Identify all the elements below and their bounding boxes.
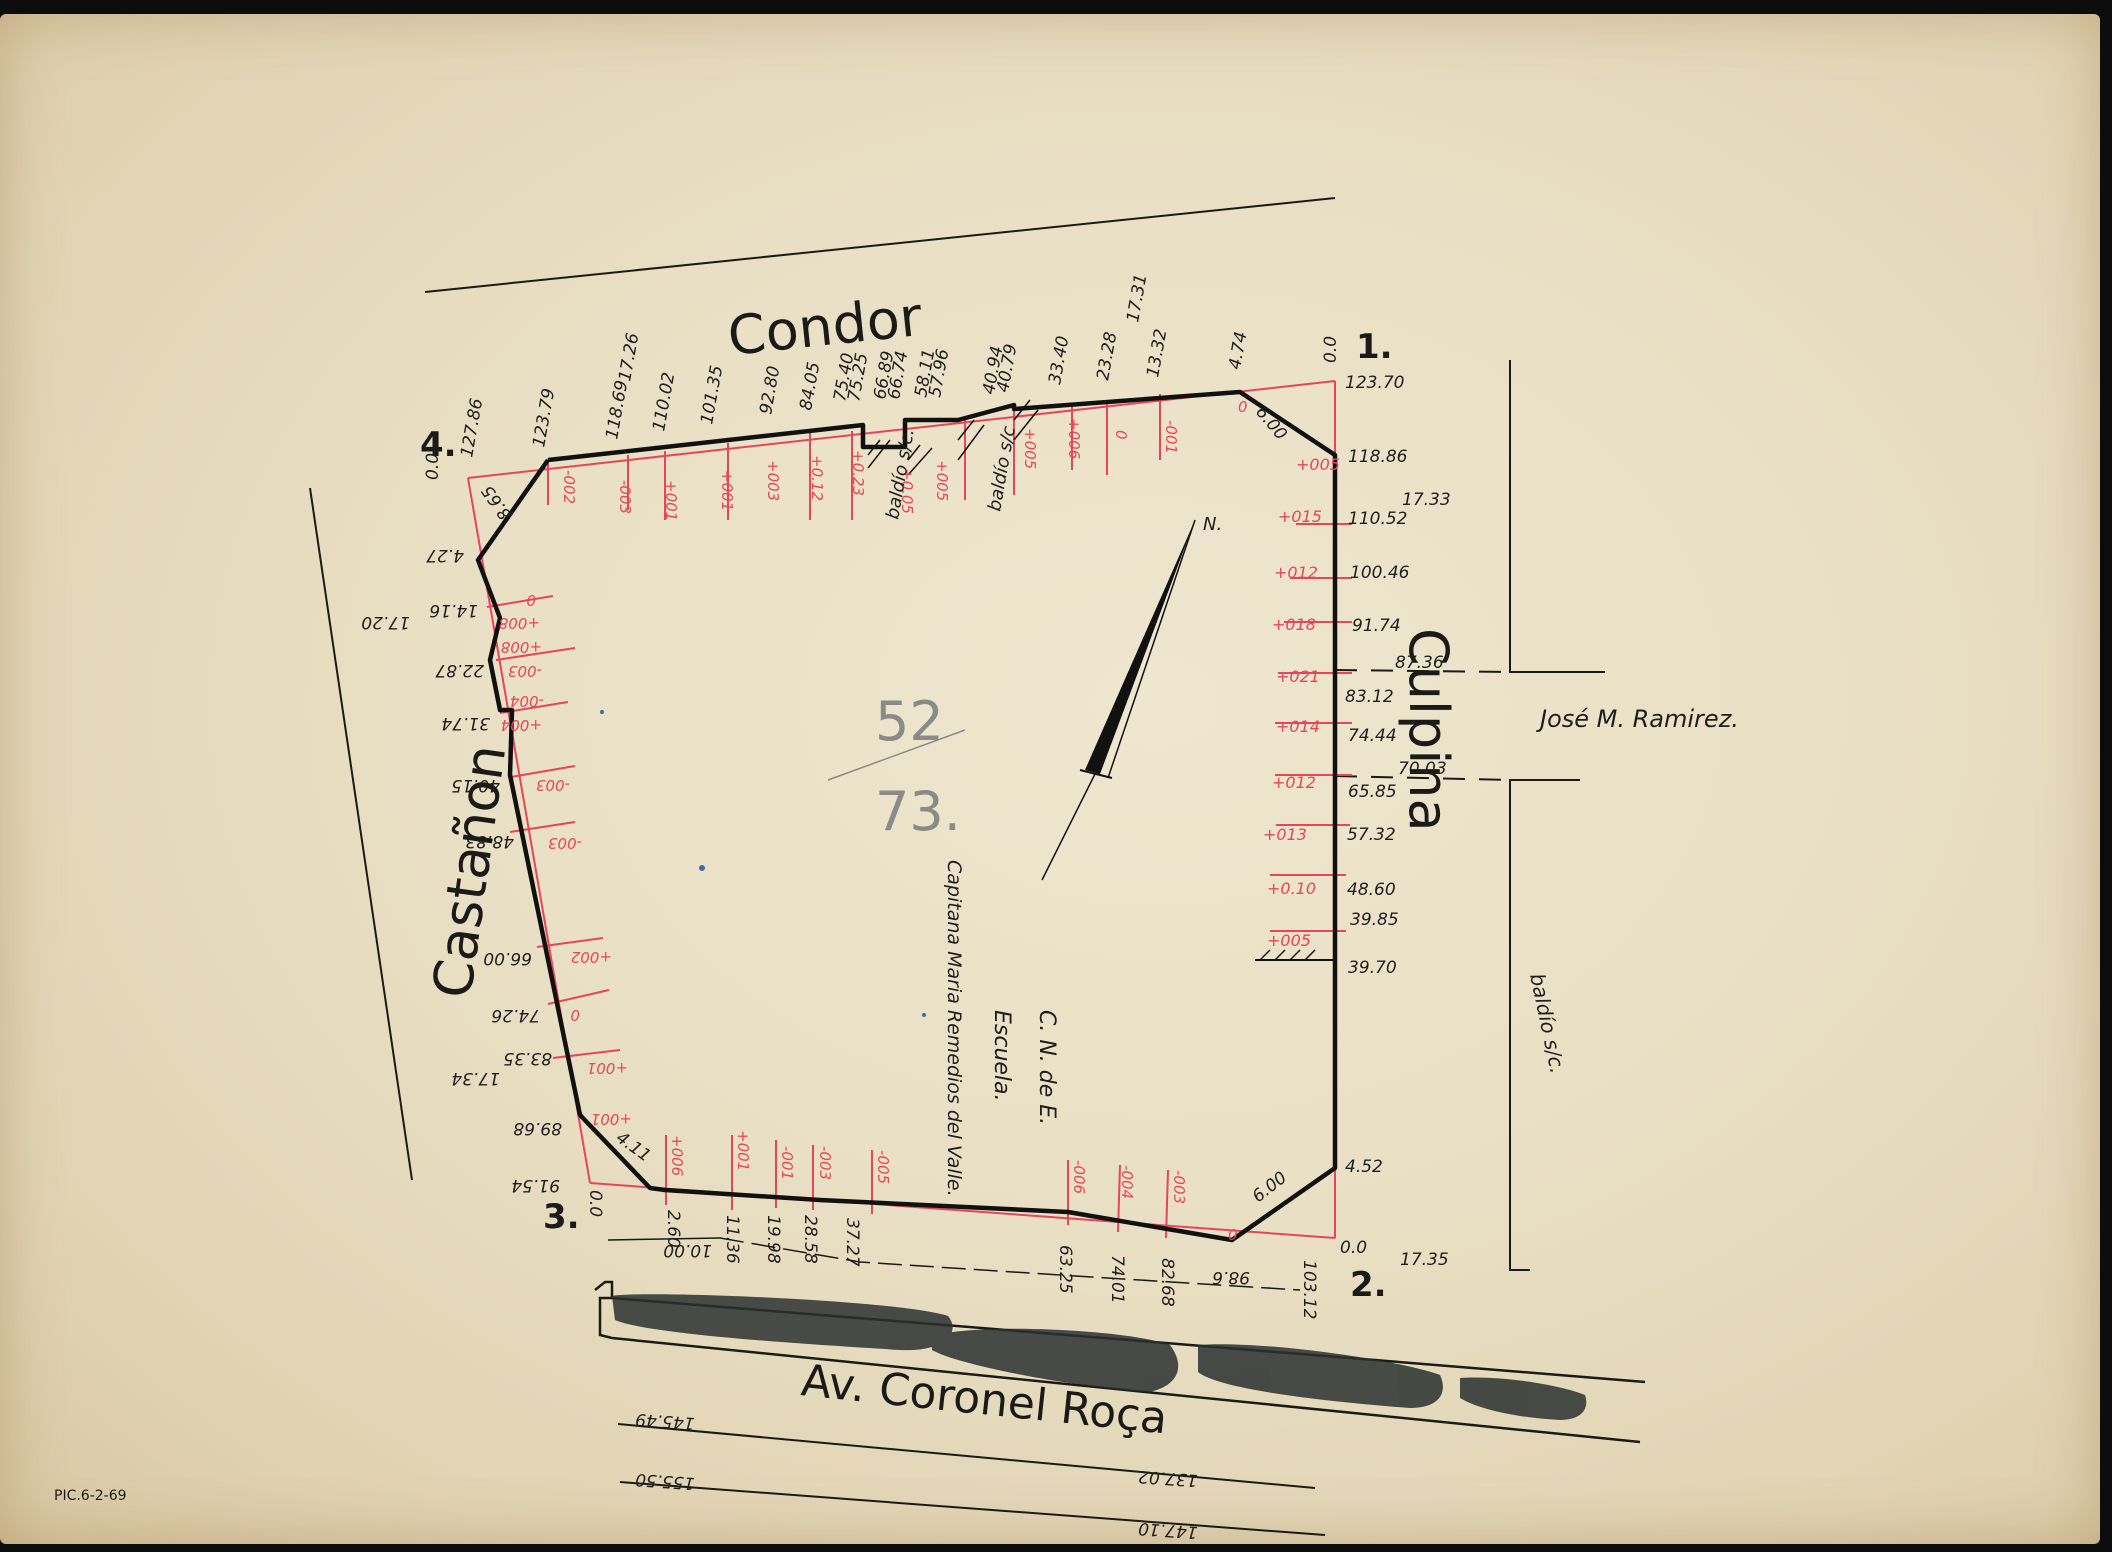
svg-text:103.12: 103.12	[1299, 1260, 1319, 1319]
svg-text:+004: +004	[501, 716, 542, 734]
east-vacant-label: baldío s/c.	[1525, 971, 1570, 1076]
svg-text:39.85: 39.85	[1350, 910, 1399, 930]
svg-text:+0.10: +0.10	[1267, 879, 1316, 898]
svg-text:118.86: 118.86	[1348, 447, 1408, 467]
svg-text:123.79: 123.79	[529, 387, 559, 449]
svg-text:+002: +002	[571, 948, 612, 966]
survey-plan: N. Condor Castañon Culpina Av. Coronel R…	[0, 0, 2112, 1552]
svg-text:-005: -005	[874, 1150, 892, 1184]
svg-text:145.49: 145.49	[635, 1409, 696, 1433]
svg-text:+006: +006	[1065, 418, 1083, 459]
svg-text:87.36: 87.36	[1395, 653, 1444, 673]
svg-text:-003: -003	[1170, 1170, 1188, 1204]
svg-text:+013: +013	[1263, 825, 1307, 844]
ramirez-lot-upper	[1510, 360, 1605, 672]
svg-text:92.80: 92.80	[756, 364, 784, 415]
avenue-measure-line-2	[620, 1482, 1325, 1535]
svg-text:-003: -003	[508, 662, 542, 680]
svg-text:110.02: 110.02	[649, 371, 679, 433]
svg-text:118.69: 118.69	[602, 379, 632, 441]
condor-street-line	[425, 198, 1335, 292]
svg-text:0.0: 0.0	[585, 1190, 605, 1217]
lot-label-school-name: Capitana Maria Remedios del Valle.	[943, 860, 965, 1197]
svg-text:-001: -001	[778, 1146, 796, 1180]
avenue-measure-line-1	[618, 1424, 1315, 1488]
svg-text:4.52: 4.52	[1345, 1157, 1383, 1177]
svg-text:17.34: 17.34	[451, 1068, 500, 1088]
svg-text:14.16: 14.16	[429, 600, 478, 620]
svg-text:110.52: 110.52	[1348, 509, 1407, 529]
west-chamfer-bottom: 4.11	[612, 1128, 654, 1166]
north-arrow-icon	[1042, 520, 1195, 880]
svg-text:57.32: 57.32	[1347, 825, 1396, 845]
svg-text:48.60: 48.60	[1347, 880, 1396, 900]
svg-text:19.98: 19.98	[763, 1215, 783, 1264]
svg-text:22.87: 22.87	[435, 660, 484, 680]
svg-text:17.33: 17.33	[1402, 490, 1451, 510]
west-chamfer-top: 8.65	[478, 481, 516, 523]
svg-text:100.46: 100.46	[1350, 563, 1410, 583]
svg-text:-003: -003	[616, 480, 634, 514]
svg-text:17.26: 17.26	[615, 331, 643, 383]
svg-text:147.10: 147.10	[1138, 1518, 1199, 1542]
svg-text:+006: +006	[668, 1135, 686, 1176]
svg-text:33.40: 33.40	[1045, 334, 1073, 385]
svg-text:63.25: 63.25	[1055, 1245, 1075, 1294]
svg-text:+012: +012	[1272, 773, 1316, 792]
svg-text:10.00: 10.00	[663, 1240, 712, 1260]
svg-text:74.44: 74.44	[1348, 726, 1397, 746]
north-arrow-label: N.	[1203, 514, 1222, 535]
svg-text:+003: +003	[764, 460, 782, 501]
svg-text:+012: +012	[1274, 563, 1318, 582]
svg-text:+005: +005	[1021, 428, 1039, 469]
svg-text:0: 0	[1238, 398, 1248, 416]
svg-text:127.86: 127.86	[457, 397, 487, 459]
svg-text:-003: -003	[548, 834, 582, 852]
svg-text:0.0: 0.0	[1340, 1238, 1367, 1258]
svg-text:98.6: 98.6	[1212, 1267, 1250, 1287]
svg-text:17.35: 17.35	[1400, 1250, 1449, 1270]
svg-text:4.27: 4.27	[426, 545, 464, 565]
svg-text:+005: +005	[933, 460, 951, 501]
svg-text:0: 0	[526, 591, 536, 609]
svg-text:155.50: 155.50	[635, 1469, 696, 1493]
svg-text:+014: +014	[1276, 717, 1320, 736]
svg-text:84.05: 84.05	[796, 360, 824, 411]
svg-text:-003: -003	[816, 1146, 834, 1180]
svg-text:70.03: 70.03	[1398, 759, 1447, 779]
svg-text:+001: +001	[718, 470, 736, 511]
svg-text:-001: -001	[1162, 420, 1180, 454]
svg-text:+008: +008	[501, 638, 542, 656]
svg-text:+005: +005	[1296, 455, 1340, 474]
svg-text:+018: +018	[1272, 615, 1316, 634]
svg-text:-003: -003	[536, 776, 570, 794]
svg-text:0.0: 0.0	[423, 453, 443, 480]
pencil-numerator: 52	[875, 690, 944, 753]
svg-text:+0.23: +0.23	[849, 450, 867, 496]
svg-text:48.83: 48.83	[465, 831, 514, 851]
svg-text:28.58: 28.58	[800, 1215, 820, 1264]
neighbor-owner: José M. Ramirez.	[1536, 705, 1739, 733]
svg-text:37.27: 37.27	[842, 1218, 862, 1267]
corner-1: 1.	[1356, 327, 1393, 367]
svg-text:-002: -002	[560, 470, 578, 504]
svg-text:+001: +001	[587, 1059, 628, 1077]
svg-text:123.70: 123.70	[1345, 373, 1404, 393]
svg-text:17.31: 17.31	[1123, 272, 1151, 323]
svg-text:+021: +021	[1276, 667, 1320, 686]
svg-text:+005: +005	[1267, 931, 1311, 950]
svg-text:+001: +001	[662, 480, 680, 521]
svg-text:83.12: 83.12	[1345, 687, 1394, 707]
svg-text:+001: +001	[591, 1110, 632, 1128]
svg-text:0: 0	[1112, 430, 1130, 440]
svg-text:+001: +001	[734, 1130, 752, 1171]
pencil-denominator: 73.	[875, 780, 961, 843]
archive-code: PIC.6-2-69	[54, 1488, 127, 1504]
svg-text:+008: +008	[499, 614, 540, 632]
svg-text:65.85: 65.85	[1348, 782, 1397, 802]
corner-2: 2.	[1350, 1265, 1387, 1305]
svg-text:+0.12: +0.12	[808, 455, 826, 501]
svg-text:137.02: 137.02	[1138, 1466, 1199, 1490]
lot-label-cne: C. N. de E.	[1034, 1010, 1059, 1125]
svg-text:+015: +015	[1278, 507, 1322, 526]
castanon-street-line	[310, 488, 412, 1180]
corner-3: 3.	[543, 1197, 580, 1237]
svg-text:0.0: 0.0	[1321, 336, 1341, 363]
svg-text:0: 0	[1228, 1226, 1238, 1244]
svg-text:0: 0	[570, 1006, 580, 1024]
lot-label-escuela: Escuela.	[989, 1010, 1014, 1102]
svg-text:83.35: 83.35	[503, 1048, 552, 1068]
svg-text:13.32: 13.32	[1143, 327, 1171, 378]
svg-text:74.26: 74.26	[491, 1005, 540, 1025]
north-chamfer: 6.00	[1251, 402, 1291, 444]
svg-text:91.54: 91.54	[511, 1175, 560, 1195]
svg-text:-004: -004	[1118, 1165, 1136, 1199]
svg-text:101.35: 101.35	[697, 364, 727, 426]
svg-text:23.28: 23.28	[1093, 330, 1121, 382]
svg-text:89.68: 89.68	[513, 1118, 562, 1138]
svg-text:40.15: 40.15	[451, 775, 500, 795]
svg-text:66.00: 66.00	[483, 948, 532, 968]
svg-text:-006: -006	[1070, 1160, 1088, 1194]
svg-text:31.74: 31.74	[441, 713, 490, 733]
svg-text:91.74: 91.74	[1352, 616, 1401, 636]
svg-text:4.74: 4.74	[1225, 330, 1251, 371]
svg-text:39.70: 39.70	[1348, 958, 1397, 978]
svg-text:-004: -004	[510, 692, 544, 710]
svg-text:17.20: 17.20	[361, 612, 410, 632]
